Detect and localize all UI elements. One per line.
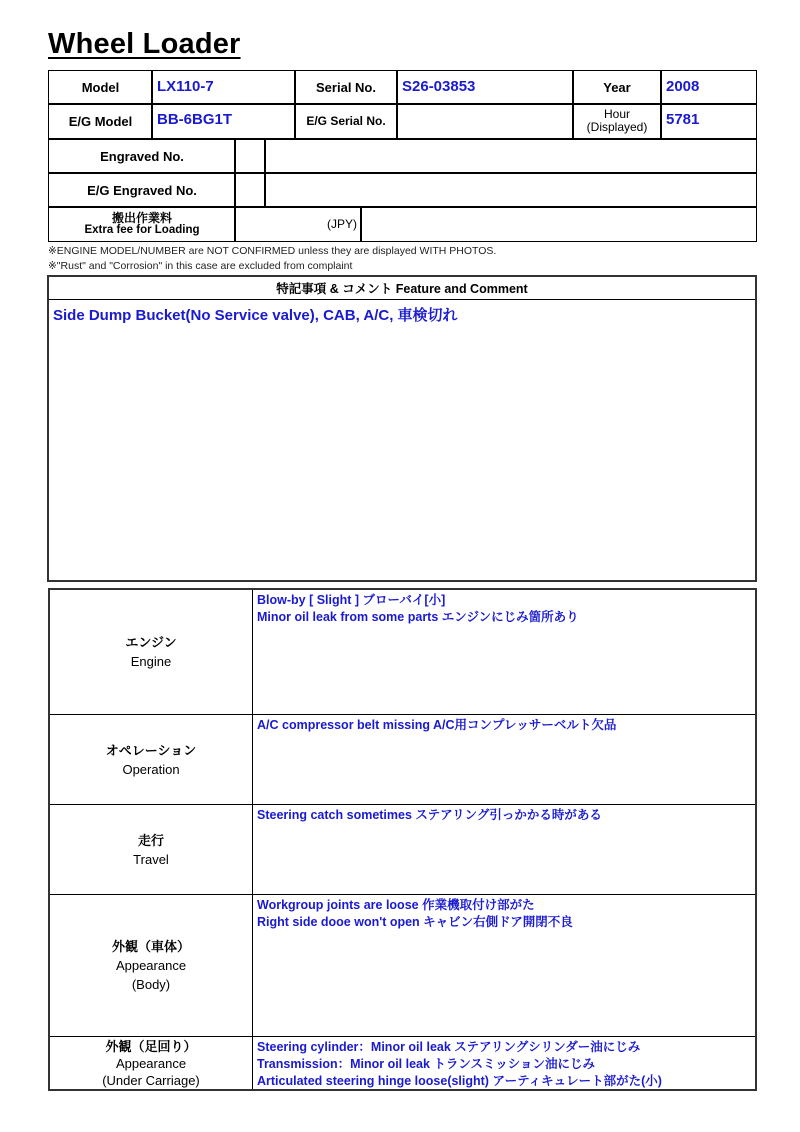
section-line: Steering catch sometimes ステアリング引っかかる時がある [257, 807, 751, 824]
model-label: Model [48, 70, 153, 105]
section-content: Workgroup joints are loose 作業機取付け部がたRigh… [253, 895, 755, 1036]
eg-serial-label: E/G Serial No. [294, 103, 398, 139]
section-content: A/C compressor belt missing A/C用コンプレッサーベ… [253, 715, 755, 804]
section-label: 外観（足回り）Appearance(Under Carriage) [50, 1037, 253, 1089]
serial-label: Serial No. [294, 70, 398, 105]
section-line: Articulated steering hinge loose(slight)… [257, 1073, 751, 1090]
section-line: Transmission：Minor oil leak トランスミッション油にじ… [257, 1056, 751, 1073]
serial-value: S26-03853 [396, 70, 574, 105]
eg-engraved-check [234, 172, 266, 208]
fee-label-en: Extra fee for Loading [84, 224, 199, 236]
section-content: Blow-by [ Slight ] ブローバイ[小]Minor oil lea… [253, 590, 755, 714]
eg-engraved-label: E/G Engraved No. [48, 172, 236, 208]
section-line: A/C compressor belt missing A/C用コンプレッサーベ… [257, 717, 751, 734]
engraved-value [264, 139, 757, 174]
section-line: Minor oil leak from some parts エンジンにじみ箇所… [257, 609, 751, 626]
fee-currency: (JPY) [234, 206, 362, 242]
section-line: Workgroup joints are loose 作業機取付け部がた [257, 897, 751, 914]
section-row: エンジンEngineBlow-by [ Slight ] ブローバイ[小]Min… [50, 590, 755, 715]
section-line: Right side dooe won't open キャビン右側ドア開閉不良 [257, 914, 751, 931]
section-label-jp: オペレーション [106, 741, 196, 760]
section-label: 走行Travel [50, 805, 253, 894]
comment-text: Side Dump Bucket(No Service valve), CAB,… [49, 300, 755, 329]
section-label-jp: 外観（車体） [112, 937, 190, 956]
section-label-jp: 外観（足回り） [105, 1038, 196, 1055]
year-label: Year [572, 70, 662, 105]
fee-label: 搬出作業料 Extra fee for Loading [48, 206, 236, 242]
hour-value: 5781 [660, 103, 757, 139]
eg-engraved-value [264, 172, 757, 208]
section-content: Steering catch sometimes ステアリング引っかかる時がある [253, 805, 755, 894]
year-value: 2008 [660, 70, 757, 105]
section-label-en: Operation [122, 760, 179, 779]
note-rust: ※"Rust" and "Corrosion" in this case are… [48, 260, 352, 272]
section-label-en: Appearance [116, 1055, 186, 1072]
model-value: LX110-7 [151, 70, 296, 105]
hour-label-line2: (Displayed) [587, 121, 648, 134]
eg-serial-value [396, 103, 574, 139]
eg-model-value: BB-6BG1T [151, 103, 296, 139]
section-row: オペレーションOperationA/C compressor belt miss… [50, 715, 755, 805]
section-content: Steering cylinder：Minor oil leak ステアリングシ… [253, 1037, 755, 1089]
section-line: Blow-by [ Slight ] ブローバイ[小] [257, 592, 751, 609]
comment-header: 特記事項 & コメント Feature and Comment [49, 277, 755, 300]
section-label: 外観（車体）Appearance(Body) [50, 895, 253, 1036]
section-label: エンジンEngine [50, 590, 253, 714]
section-label-jp: エンジン [125, 633, 176, 652]
fee-label-jp: 搬出作業料 [112, 212, 172, 224]
section-label-jp: 走行 [138, 831, 164, 850]
condition-table: エンジンEngineBlow-by [ Slight ] ブローバイ[小]Min… [48, 588, 757, 1091]
section-label-en: Travel [133, 850, 169, 869]
page-title: Wheel Loader [48, 28, 241, 61]
engraved-check [234, 139, 266, 174]
fee-value [360, 206, 757, 242]
section-label-en: Appearance [116, 956, 186, 975]
note-engine: ※ENGINE MODEL/NUMBER are NOT CONFIRMED u… [48, 245, 496, 257]
section-line: Steering cylinder：Minor oil leak ステアリングシ… [257, 1039, 751, 1056]
eg-model-label: E/G Model [48, 103, 153, 139]
section-row: 外観（車体）Appearance(Body)Workgroup joints a… [50, 895, 755, 1037]
section-row: 外観（足回り）Appearance(Under Carriage)Steerin… [50, 1037, 755, 1089]
section-label: オペレーションOperation [50, 715, 253, 804]
section-label-en2: (Body) [132, 975, 170, 994]
hour-label: Hour (Displayed) [572, 103, 662, 139]
engraved-label: Engraved No. [48, 139, 236, 174]
comment-box: 特記事項 & コメント Feature and Comment Side Dum… [47, 275, 757, 582]
section-row: 走行TravelSteering catch sometimes ステアリング引… [50, 805, 755, 895]
section-label-en: Engine [131, 652, 171, 671]
section-label-en2: (Under Carriage) [102, 1072, 200, 1089]
